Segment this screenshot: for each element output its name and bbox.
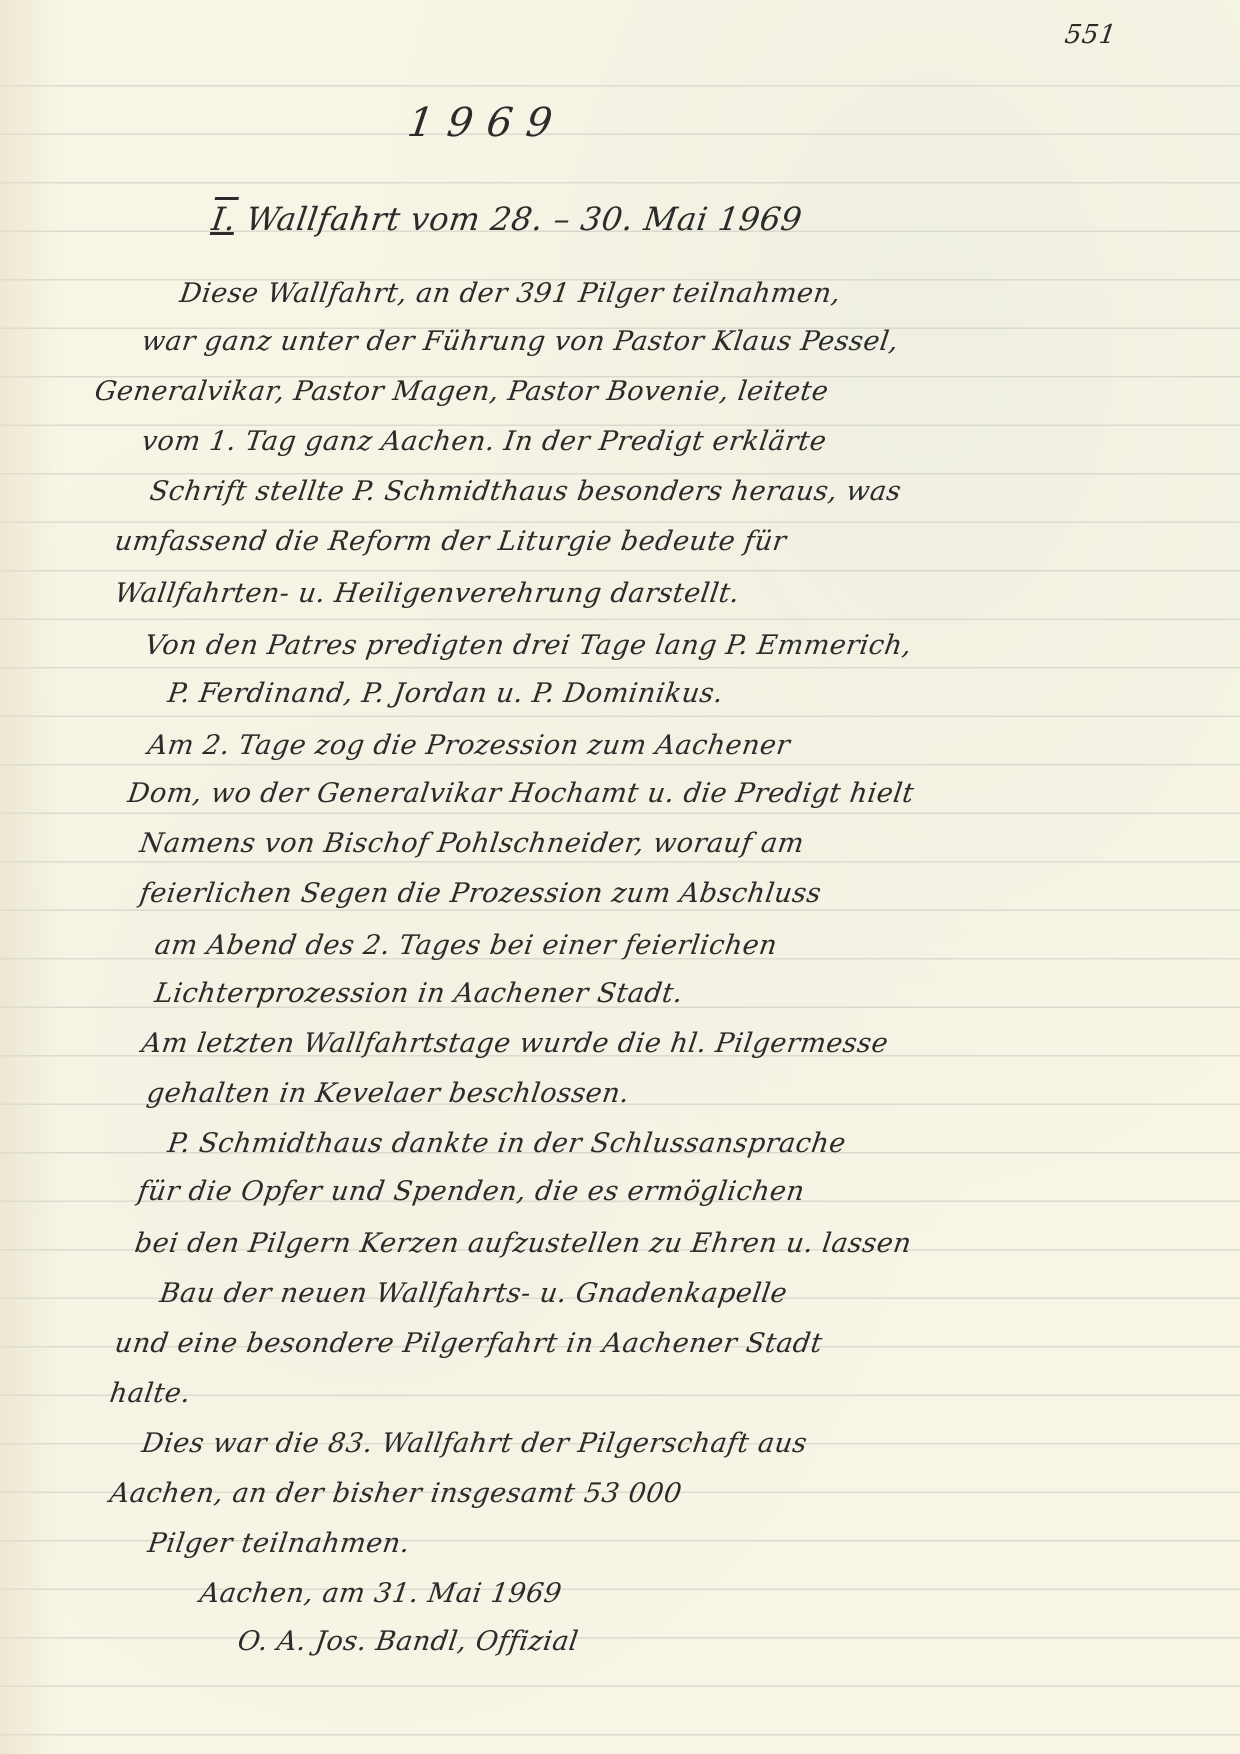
handwritten-line: Wallfahrten- u. Heiligenverehrung darste… xyxy=(113,578,742,609)
handwritten-line: Pilger teilnahmen. xyxy=(146,1528,412,1559)
handwritten-line: halte. xyxy=(108,1378,193,1409)
handwritten-line: Lichterprozession in Aachener Stadt. xyxy=(153,978,685,1009)
handwritten-line: Aachen, an der bisher insgesamt 53 000 xyxy=(108,1478,684,1509)
handwritten-line: und eine besondere Pilgerfahrt in Aachen… xyxy=(113,1328,825,1359)
section-number: I. xyxy=(209,200,238,238)
handwritten-line: Aachen, am 31. Mai 1969 xyxy=(198,1578,564,1609)
handwritten-line: am Abend des 2. Tages bei einer feierlic… xyxy=(153,930,780,961)
handwritten-line: Namens von Bischof Pohlschneider, worauf… xyxy=(138,828,806,859)
handwritten-line: P. Schmidthaus dankte in der Schlussansp… xyxy=(166,1128,848,1159)
handwritten-line: O. A. Jos. Bandl, Offizial xyxy=(236,1626,581,1657)
handwritten-line: Dies war die 83. Wallfahrt der Pilgersch… xyxy=(140,1428,809,1459)
handwritten-line: bei den Pilgern Kerzen aufzustellen zu E… xyxy=(133,1228,914,1259)
handwritten-line: Von den Patres predigten drei Tage lang … xyxy=(143,630,914,661)
handwritten-line: Bau der neuen Wallfahrts- u. Gnadenkapel… xyxy=(158,1278,790,1309)
handwritten-line: Schrift stellte P. Schmidthaus besonders… xyxy=(148,476,903,507)
handwritten-line: Am letzten Wallfahrtstage wurde die hl. … xyxy=(140,1028,890,1059)
section-title: Wallfahrt vom 28. – 30. Mai 1969 xyxy=(244,200,805,238)
handwritten-line: Am 2. Tage zog die Prozession zum Aachen… xyxy=(146,730,792,761)
handwritten-line: feierlichen Segen die Prozession zum Abs… xyxy=(138,878,824,909)
handwritten-line: umfassend die Reform der Liturgie bedeut… xyxy=(113,526,789,557)
year-heading: 1969 xyxy=(405,100,569,146)
handwritten-line: Generalvikar, Pastor Magen, Pastor Boven… xyxy=(93,376,831,407)
handwritten-line: war ganz unter der Führung von Pastor Kl… xyxy=(140,326,901,357)
handwritten-line: Diese Wallfahrt, an der 391 Pilger teiln… xyxy=(178,278,843,309)
handwritten-line: Dom, wo der Generalvikar Hochamt u. die … xyxy=(126,778,916,809)
handwritten-line: für die Opfer und Spenden, die es ermögl… xyxy=(136,1176,807,1207)
handwritten-line: P. Ferdinand, P. Jordan u. P. Dominikus. xyxy=(166,678,726,709)
page-number: 551 xyxy=(1063,20,1118,50)
notebook-page: 551 1969 I. Wallfahrt vom 28. – 30. Mai … xyxy=(0,0,1240,1754)
handwritten-line: gehalten in Kevelaer beschlossen. xyxy=(145,1078,632,1109)
section-heading: I. Wallfahrt vom 28. – 30. Mai 1969 xyxy=(209,200,804,238)
handwritten-line: vom 1. Tag ganz Aachen. In der Predigt e… xyxy=(140,426,829,457)
